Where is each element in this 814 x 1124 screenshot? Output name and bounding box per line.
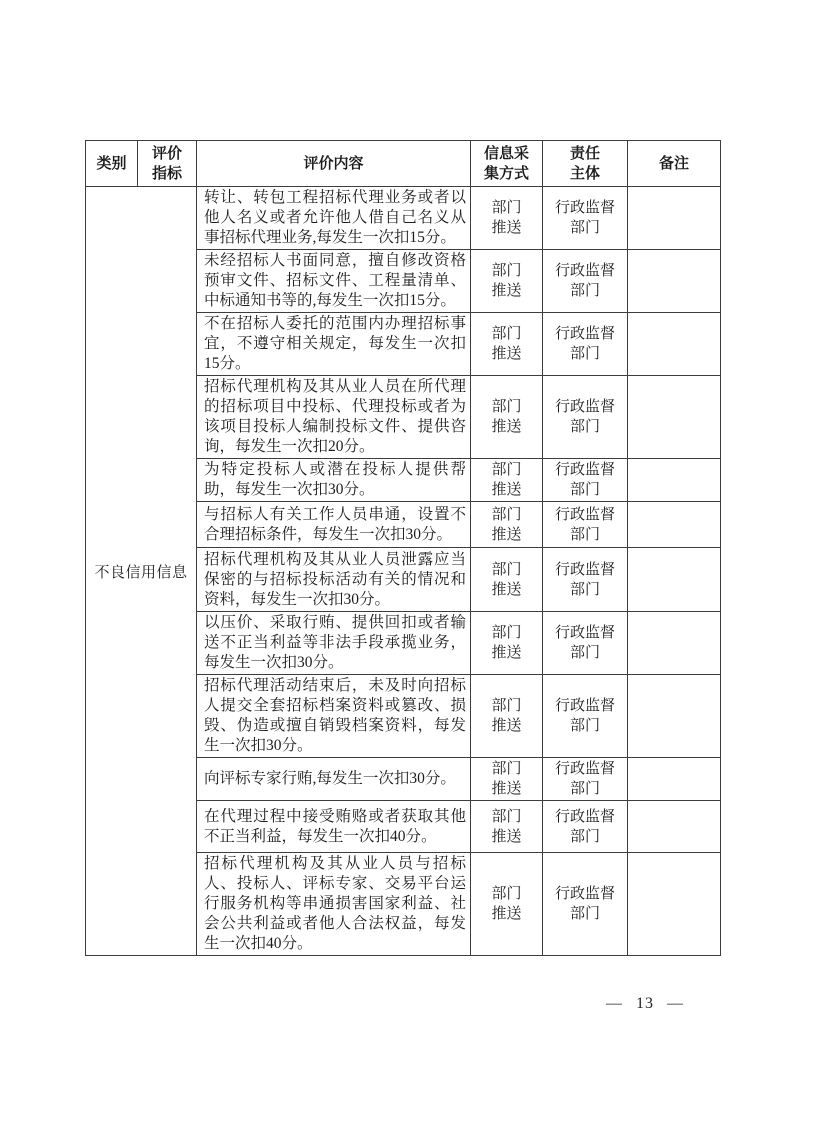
responsible-label: 行政监督部门 (553, 198, 618, 238)
collection-label: 部门推送 (490, 198, 523, 238)
content-cell: 为特定投标人或潜在投标人提供帮助，每发生一次扣30分。 (197, 459, 471, 502)
content-cell: 招标代理机构及其从业人员泄露应当保密的与招标投标活动有关的情况和资料，每发生一次… (197, 548, 471, 612)
remark-cell (628, 675, 721, 758)
col-header-category: 类别 (86, 141, 138, 187)
responsible-cell: 行政监督部门 (543, 187, 628, 250)
responsible-cell: 行政监督部门 (543, 250, 628, 313)
content-cell: 未经招标人书面同意，擅自修改资格预审文件、招标文件、工程量清单、中标通知书等的,… (197, 250, 471, 313)
collection-cell: 部门推送 (471, 250, 543, 313)
collection-label: 部门推送 (490, 696, 523, 736)
collection-label: 部门推送 (490, 324, 523, 364)
remark-cell (628, 459, 721, 502)
col-header-remark-label: 备注 (659, 154, 689, 174)
content-cell: 招标代理机构及其从业人员在所代理的招标项目中投标、代理投标或者为该项目投标人编制… (197, 376, 471, 459)
remark-cell (628, 502, 721, 548)
responsible-label: 行政监督部门 (553, 696, 618, 736)
responsible-cell: 行政监督部门 (543, 675, 628, 758)
responsible-label: 行政监督部门 (553, 397, 618, 437)
collection-cell: 部门推送 (471, 801, 543, 853)
remark-cell (628, 612, 721, 675)
remark-cell (628, 853, 721, 956)
content-cell: 招标代理机构及其从业人员与招标人、投标人、评标专家、交易平台运行服务机构等串通损… (197, 853, 471, 956)
content-cell: 与招标人有关工作人员串通，设置不合理招标条件，每发生一次扣30分。 (197, 502, 471, 548)
collection-label: 部门推送 (490, 261, 523, 301)
collection-label: 部门推送 (490, 460, 523, 500)
responsible-cell: 行政监督部门 (543, 313, 628, 376)
responsible-cell: 行政监督部门 (543, 376, 628, 459)
collection-label: 部门推送 (490, 884, 523, 924)
responsible-label: 行政监督部门 (553, 324, 618, 364)
content-cell: 向评标专家行贿,每发生一次扣30分。 (197, 758, 471, 801)
responsible-label: 行政监督部门 (553, 884, 618, 924)
responsible-label: 行政监督部门 (553, 759, 618, 799)
collection-cell: 部门推送 (471, 675, 543, 758)
remark-cell (628, 376, 721, 459)
col-header-responsible-label: 责任主体 (569, 144, 602, 184)
collection-label: 部门推送 (490, 623, 523, 663)
remark-cell (628, 548, 721, 612)
collection-cell: 部门推送 (471, 612, 543, 675)
collection-cell: 部门推送 (471, 758, 543, 801)
collection-cell: 部门推送 (471, 313, 543, 376)
category-cell: 不良信用信息 (86, 187, 197, 956)
responsible-cell: 行政监督部门 (543, 853, 628, 956)
content-cell: 不在招标人委托的范围内办理招标事宜，不遵守相关规定，每发生一次扣15分。 (197, 313, 471, 376)
col-header-content: 评价内容 (197, 141, 471, 187)
remark-cell (628, 313, 721, 376)
collection-label: 部门推送 (490, 759, 523, 799)
col-header-indicator-label: 评价指标 (151, 144, 184, 184)
col-header-responsible: 责任主体 (543, 141, 628, 187)
col-header-collection: 信息采集方式 (471, 141, 543, 187)
collection-cell: 部门推送 (471, 853, 543, 956)
collection-label: 部门推送 (490, 397, 523, 437)
responsible-cell: 行政监督部门 (543, 548, 628, 612)
responsible-cell: 行政监督部门 (543, 758, 628, 801)
responsible-cell: 行政监督部门 (543, 612, 628, 675)
responsible-cell: 行政监督部门 (543, 502, 628, 548)
responsible-label: 行政监督部门 (553, 460, 618, 500)
page-number: — 13 — (585, 995, 705, 1013)
collection-label: 部门推送 (490, 560, 523, 600)
collection-cell: 部门推送 (471, 187, 543, 250)
collection-label: 部门推送 (490, 807, 523, 847)
responsible-label: 行政监督部门 (553, 807, 618, 847)
responsible-label: 行政监督部门 (553, 261, 618, 301)
responsible-cell: 行政监督部门 (543, 459, 628, 502)
responsible-label: 行政监督部门 (553, 505, 618, 545)
collection-cell: 部门推送 (471, 376, 543, 459)
remark-cell (628, 801, 721, 853)
collection-cell: 部门推送 (471, 502, 543, 548)
collection-cell: 部门推送 (471, 459, 543, 502)
document-page: 类别 评价指标 评价内容 信息采集方式 责任主体 备注 不良信用信息转让、转包工… (0, 0, 814, 1124)
collection-cell: 部门推送 (471, 548, 543, 612)
responsible-label: 行政监督部门 (553, 623, 618, 663)
content-cell: 招标代理活动结束后，未及时向招标人提交全套招标档案资料或篡改、损毁、伪造或擅自销… (197, 675, 471, 758)
table-row: 不良信用信息转让、转包工程招标代理业务或者以他人名义或者允许他人借自己名义从事招… (86, 187, 721, 250)
responsible-label: 行政监督部门 (553, 560, 618, 600)
col-header-indicator: 评价指标 (138, 141, 197, 187)
collection-label: 部门推送 (490, 505, 523, 545)
remark-cell (628, 758, 721, 801)
col-header-content-label: 评价内容 (303, 154, 363, 174)
remark-cell (628, 187, 721, 250)
evaluation-table: 类别 评价指标 评价内容 信息采集方式 责任主体 备注 不良信用信息转让、转包工… (85, 140, 721, 956)
remark-cell (628, 250, 721, 313)
responsible-cell: 行政监督部门 (543, 801, 628, 853)
col-header-remark: 备注 (628, 141, 721, 187)
content-cell: 在代理过程中接受贿赂或者获取其他不正当利益，每发生一次扣40分。 (197, 801, 471, 853)
col-header-category-label: 类别 (96, 154, 126, 174)
content-cell: 转让、转包工程招标代理业务或者以他人名义或者允许他人借自己名义从事招标代理业务,… (197, 187, 471, 250)
content-cell: 以压价、采取行贿、提供回扣或者输送不正当利益等非法手段承揽业务，每发生一次扣30… (197, 612, 471, 675)
header-row: 类别 评价指标 评价内容 信息采集方式 责任主体 备注 (86, 141, 721, 187)
col-header-collection-label: 信息采集方式 (482, 144, 532, 184)
